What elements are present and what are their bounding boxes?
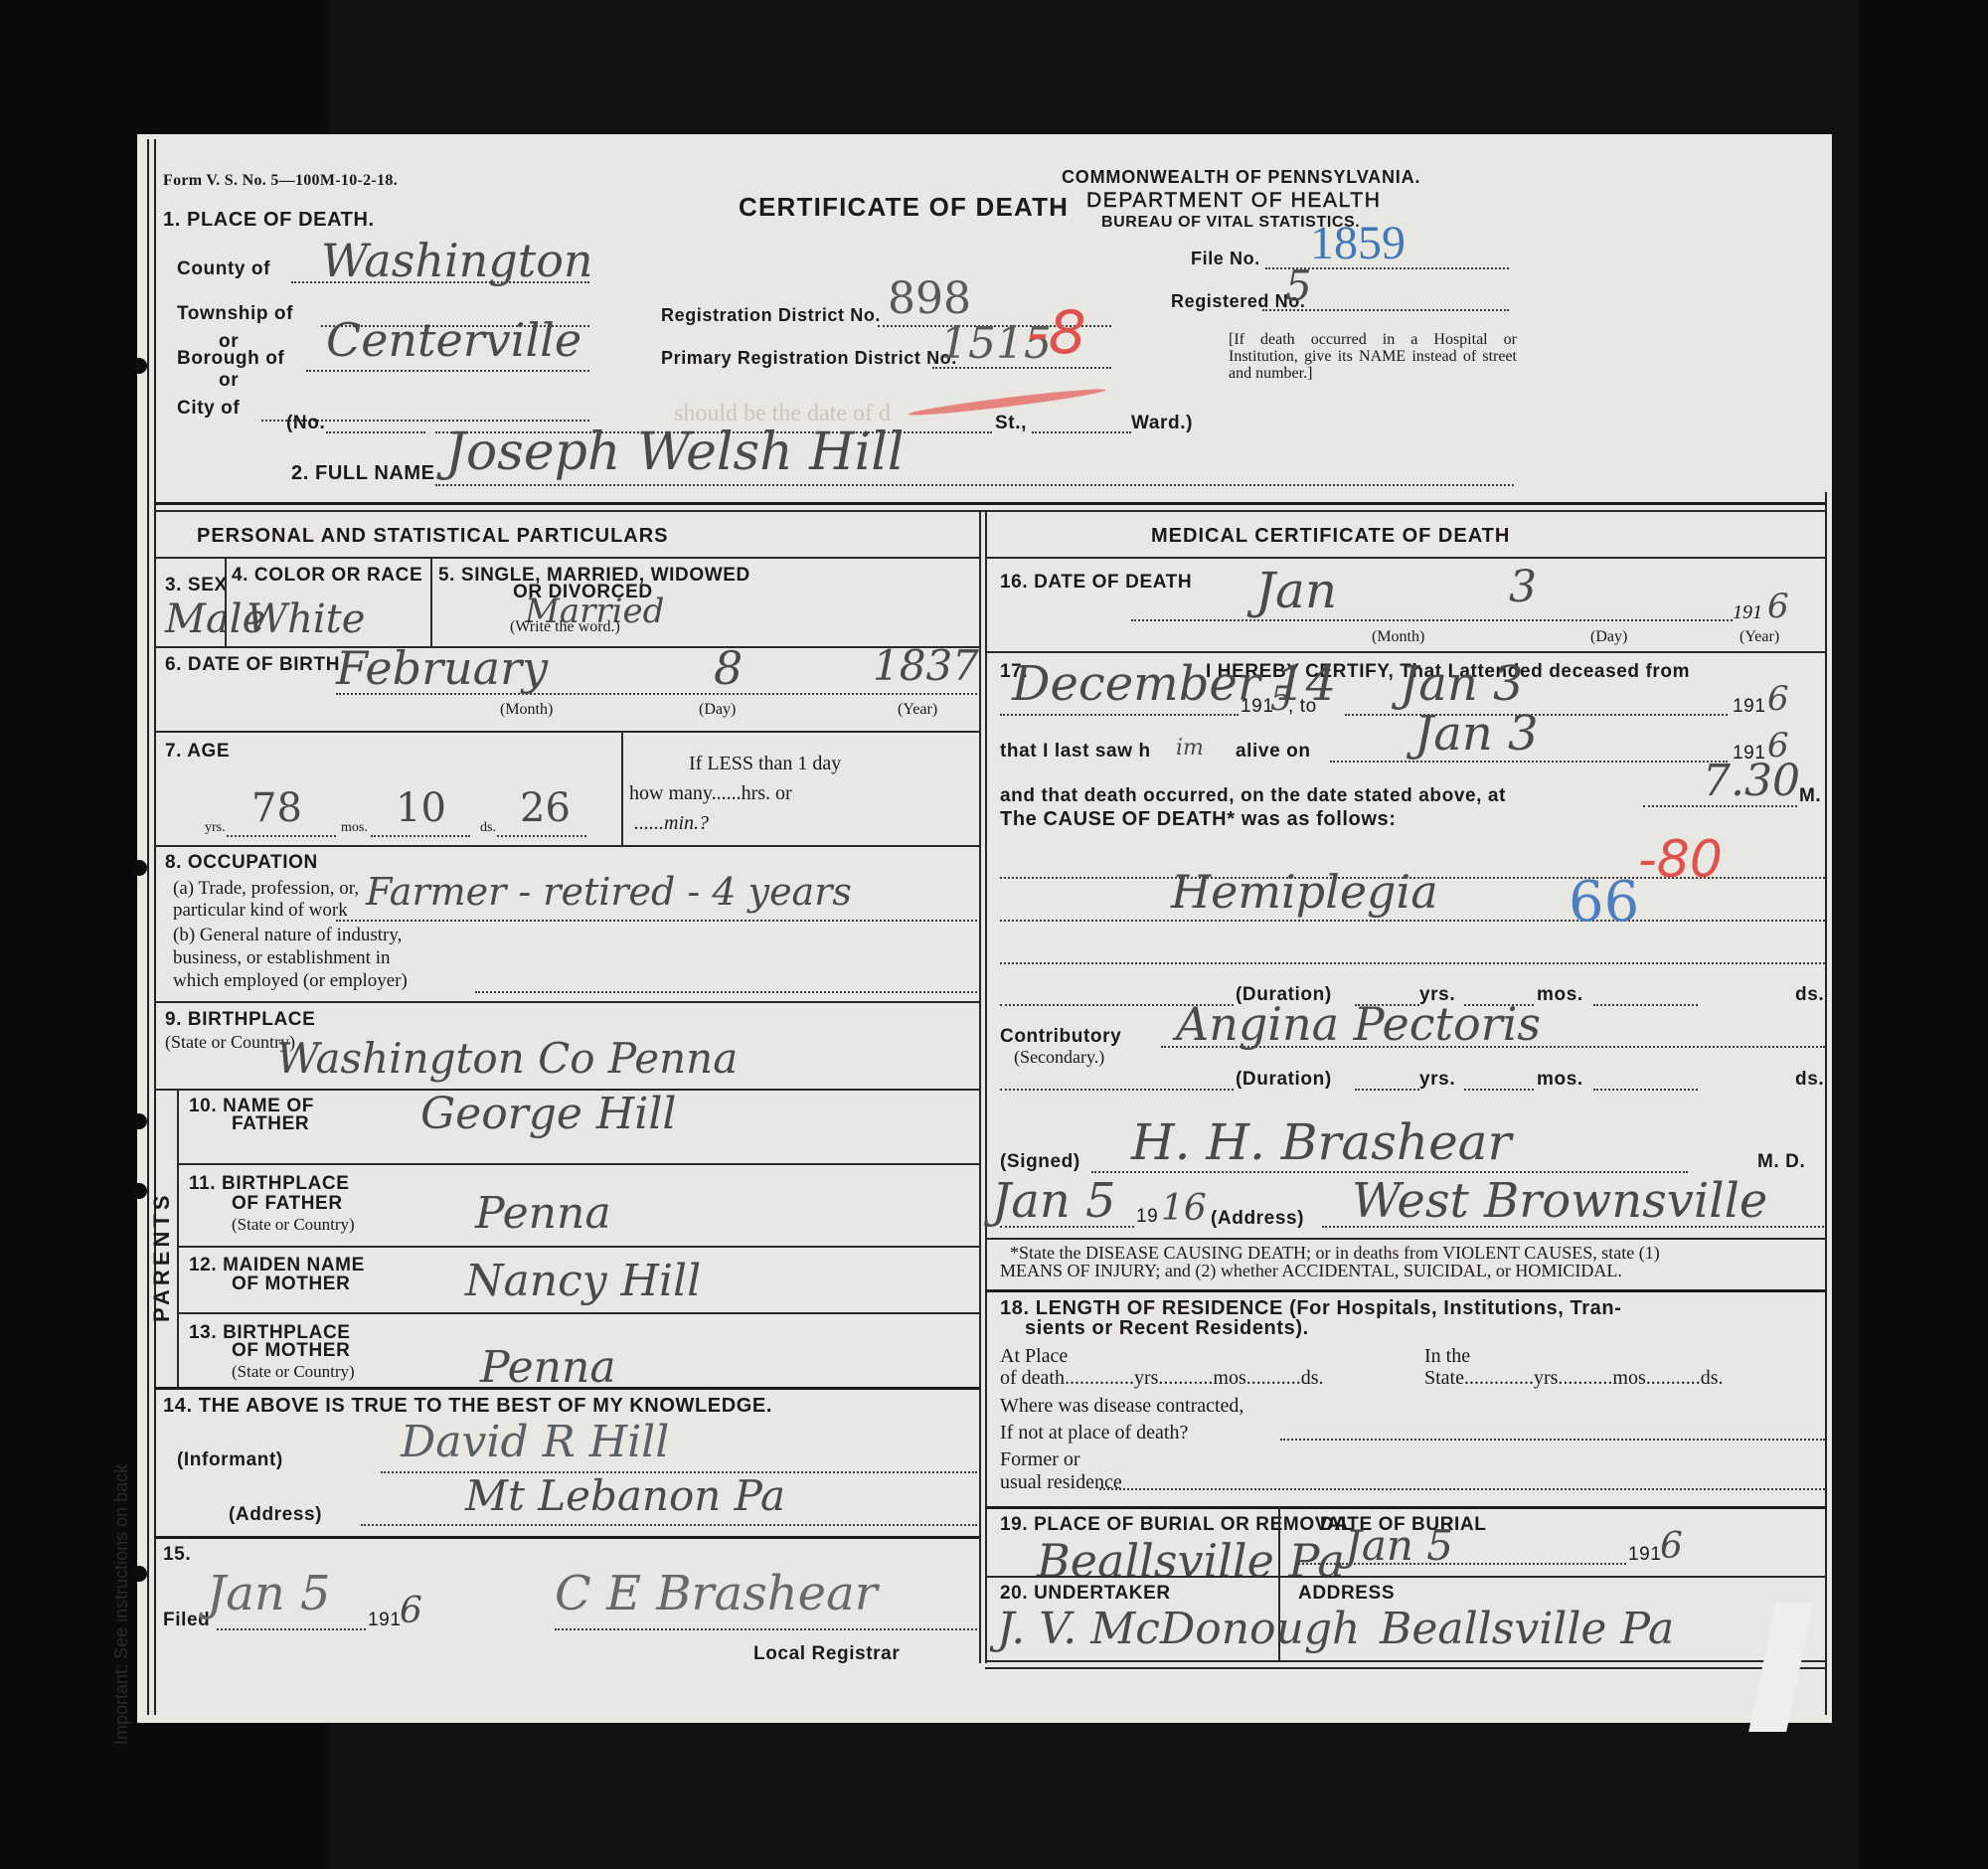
undertaker-label: 20. UNDERTAKER bbox=[1000, 1583, 1171, 1605]
to-year-prefix: 191 bbox=[1733, 696, 1766, 718]
attended-to-value: Jan 3 bbox=[1400, 656, 1524, 712]
age-ds-label: ds. bbox=[480, 820, 496, 836]
borough-field-line bbox=[306, 370, 589, 372]
burial-date-value: Jan 5 bbox=[1345, 1521, 1453, 1570]
burial-place-label: 19. PLACE OF BURIAL OR REMOVAL bbox=[1000, 1514, 1353, 1536]
full-name-line bbox=[435, 484, 1514, 486]
primary-registration-label: Primary Registration District No. bbox=[661, 348, 957, 369]
row-divider bbox=[985, 651, 1827, 653]
residence-state-fields: State..............yrs...........mos....… bbox=[1424, 1367, 1724, 1390]
former-residence-line bbox=[1099, 1488, 1825, 1490]
section-divider bbox=[154, 502, 1827, 505]
death-occurred-label: and that death occurred, on the date sta… bbox=[1000, 785, 1506, 807]
registrar-label: Local Registrar bbox=[753, 1643, 900, 1665]
township-label: Township of bbox=[177, 303, 293, 325]
undertaker-address-label: ADDRESS bbox=[1298, 1583, 1395, 1605]
father-name-value: George Hill bbox=[420, 1089, 677, 1139]
duration-ds-label: ds. bbox=[1795, 1069, 1824, 1091]
parents-side-label: PARENTS bbox=[149, 1192, 175, 1323]
mother-name-label-2: OF MOTHER bbox=[232, 1274, 350, 1295]
registered-number-value: 5 bbox=[1285, 261, 1312, 310]
cause-line-2 bbox=[1000, 920, 1825, 922]
parents-divider bbox=[177, 1089, 179, 1387]
row-divider bbox=[985, 557, 1827, 559]
from-year-prefix: 191 bbox=[1241, 696, 1274, 718]
less-than-day-line2: how many......hrs. or bbox=[629, 782, 792, 805]
or-label: or bbox=[219, 370, 239, 392]
contributory-value: Angina Pectoris bbox=[1176, 997, 1541, 1051]
filed-label: Filed bbox=[163, 1610, 210, 1631]
filed-date-value: Jan 5 bbox=[207, 1566, 331, 1621]
row-divider bbox=[985, 1660, 1827, 1662]
race-value: White bbox=[247, 596, 365, 642]
row-divider bbox=[985, 1238, 1827, 1240]
duration-mos-line bbox=[1464, 1089, 1534, 1091]
cause-code-red: -80 bbox=[1638, 830, 1723, 890]
duration-lead-line bbox=[1000, 1089, 1234, 1091]
day-hint: (Day) bbox=[1590, 628, 1627, 646]
age-label: 7. AGE bbox=[165, 741, 230, 763]
dob-year: 1837 bbox=[873, 641, 979, 690]
burial-year-suffix: 6 bbox=[1660, 1526, 1683, 1567]
physician-signature: H. H. Brashear bbox=[1131, 1113, 1511, 1171]
punch-hole bbox=[131, 860, 147, 876]
former-residence-label: Former or bbox=[1000, 1448, 1080, 1471]
mother-name-value: Nancy Hill bbox=[465, 1256, 701, 1306]
duration-mos-label: mos. bbox=[1537, 1069, 1583, 1091]
border-line bbox=[147, 139, 149, 1715]
cause-of-death-value: Hemiplegia bbox=[1171, 865, 1438, 919]
filing-section-label: 15. bbox=[163, 1544, 191, 1566]
registration-district-value: 898 bbox=[888, 273, 971, 324]
undertaker-value: J. V. McDonough bbox=[997, 1604, 1360, 1654]
street-number-line bbox=[326, 431, 425, 433]
birthplace-label: 9. BIRTHPLACE bbox=[165, 1009, 315, 1031]
to-label: , to bbox=[1288, 696, 1317, 718]
punch-hole bbox=[131, 1183, 147, 1199]
date-of-death-year-suffix: 6 bbox=[1767, 587, 1789, 626]
ward-label: Ward.) bbox=[1131, 413, 1193, 434]
row-divider bbox=[154, 845, 979, 847]
row-divider bbox=[154, 646, 979, 648]
to-year-suffix: 6 bbox=[1767, 679, 1789, 719]
punch-hole bbox=[131, 1113, 147, 1129]
informant-address-label: (Address) bbox=[229, 1504, 322, 1526]
signed-date-value: Jan 5 bbox=[992, 1173, 1116, 1229]
contributory-label: Contributory bbox=[1000, 1026, 1121, 1048]
side-instruction-note: Important: See instructions on back bbox=[111, 1464, 132, 1745]
less-than-day-line1: If LESS than 1 day bbox=[689, 753, 841, 775]
full-name-label: 2. FULL NAME bbox=[291, 462, 435, 485]
signed-year-suffix: 16 bbox=[1161, 1188, 1207, 1229]
filed-year-prefix: 191 bbox=[368, 1610, 402, 1631]
occupation-b-label: (b) General nature of industry, bbox=[173, 925, 402, 946]
occupation-b-label-2: business, or establishment in bbox=[173, 947, 390, 969]
cause-footnote-2: MEANS OF INJURY; and (2) whether ACCIDEN… bbox=[1000, 1261, 1622, 1281]
father-birthplace-hint: (State or Country) bbox=[232, 1215, 355, 1235]
father-birthplace-label: 11. BIRTHPLACE bbox=[189, 1173, 350, 1195]
burial-year-prefix: 191 bbox=[1628, 1544, 1662, 1566]
marital-hint: (Write the word.) bbox=[510, 618, 620, 636]
punch-hole bbox=[131, 1566, 147, 1582]
duration-label: (Duration) bbox=[1236, 1069, 1332, 1091]
father-birthplace-value: Penna bbox=[475, 1188, 611, 1239]
place-of-death-heading: 1. PLACE OF DEATH. bbox=[163, 209, 375, 232]
year-hint: (Year) bbox=[1739, 628, 1779, 646]
dob-month: February bbox=[336, 641, 548, 695]
birthplace-value: Washington Co Penna bbox=[276, 1034, 738, 1083]
residence-place-label: At Place bbox=[1000, 1345, 1068, 1368]
informant-address-line bbox=[361, 1524, 977, 1526]
punch-hole bbox=[131, 358, 147, 374]
disease-contracted-label: Where was disease contracted, bbox=[1000, 1395, 1243, 1418]
occupation-a-value: Farmer - retired - 4 years bbox=[366, 870, 852, 914]
date-of-death-line bbox=[1131, 619, 1733, 621]
residence-state-label: In the bbox=[1424, 1345, 1470, 1368]
md-label: M. D. bbox=[1757, 1151, 1805, 1173]
month-hint: (Month) bbox=[1372, 628, 1424, 646]
medical-heading: MEDICAL CERTIFICATE OF DEATH bbox=[1151, 525, 1510, 548]
informant-address-value: Mt Lebanon Pa bbox=[465, 1471, 785, 1520]
date-of-death-day: 3 bbox=[1509, 562, 1537, 612]
cell-divider bbox=[225, 557, 227, 646]
mother-birthplace-label-2: OF MOTHER bbox=[232, 1340, 350, 1362]
month-hint: (Month) bbox=[500, 701, 553, 719]
file-number-stamp: 1859 bbox=[1310, 216, 1406, 270]
race-label: 4. COLOR OR RACE bbox=[232, 565, 422, 587]
age-yrs-label: yrs. bbox=[205, 820, 226, 836]
disease-contracted-label-2: If not at place of death? bbox=[1000, 1422, 1188, 1444]
row-divider bbox=[177, 1246, 979, 1248]
day-hint: (Day) bbox=[699, 701, 736, 719]
age-ds-line bbox=[497, 835, 586, 837]
occupation-b-label-3: which employed (or employer) bbox=[173, 970, 408, 992]
last-saw-label: that I last saw h bbox=[1000, 741, 1151, 763]
less-than-day-line3: ......min.? bbox=[634, 812, 709, 835]
occupation-label: 8. OCCUPATION bbox=[165, 852, 318, 874]
issuer-commonwealth: COMMONWEALTH OF PENNSYLVANIA. bbox=[1062, 167, 1420, 188]
signed-label: (Signed) bbox=[1000, 1151, 1080, 1173]
registrar-line bbox=[555, 1628, 977, 1630]
occupation-a-label: (a) Trade, profession, or, bbox=[173, 878, 359, 900]
duration-ds-line bbox=[1593, 1004, 1698, 1006]
informant-label: (Informant) bbox=[177, 1449, 283, 1471]
age-yrs-value: 78 bbox=[251, 785, 302, 831]
county-label: County of bbox=[177, 258, 270, 280]
cause-line-3 bbox=[1000, 962, 1825, 964]
dob-day: 8 bbox=[714, 641, 743, 695]
age-ds-value: 26 bbox=[520, 785, 571, 831]
burial-place-value: Beallsville Pa bbox=[1037, 1534, 1345, 1588]
dob-label: 6. DATE OF BIRTH bbox=[165, 654, 340, 676]
filed-date-line bbox=[217, 1628, 366, 1630]
row-divider bbox=[985, 1576, 1827, 1578]
date-of-death-month: Jan bbox=[1255, 562, 1337, 619]
father-name-label-2: FATHER bbox=[232, 1113, 309, 1135]
registrar-signature: C E Brashear bbox=[555, 1566, 878, 1621]
red-pencil-annotation: -8 bbox=[1027, 298, 1086, 368]
residence-label-2: sients or Recent Residents). bbox=[1025, 1317, 1309, 1340]
cause-of-death-label: The CAUSE OF DEATH* was as follows: bbox=[1000, 808, 1396, 831]
attended-from-line bbox=[1000, 714, 1239, 716]
borough-value: Centerville bbox=[326, 313, 581, 367]
date-of-death-label: 16. DATE OF DEATH bbox=[1000, 572, 1192, 594]
section-divider bbox=[985, 1289, 1827, 1292]
year-hint: (Year) bbox=[898, 701, 937, 719]
certificate-title: CERTIFICATE OF DEATH bbox=[739, 192, 1069, 223]
disease-contracted-line bbox=[1280, 1439, 1825, 1441]
secondary-label: (Secondary.) bbox=[1014, 1047, 1104, 1068]
duration-yrs-line bbox=[1355, 1089, 1419, 1091]
father-birthplace-label-2: OF FATHER bbox=[232, 1193, 343, 1215]
row-divider bbox=[177, 1163, 979, 1165]
cell-divider bbox=[430, 557, 432, 646]
mother-birthplace-value: Penna bbox=[480, 1342, 616, 1393]
cell-divider bbox=[621, 731, 623, 845]
hospital-note: [If death occurred in a Hospital or Inst… bbox=[1229, 331, 1517, 382]
row-divider bbox=[154, 731, 979, 733]
border-line bbox=[154, 139, 156, 1715]
death-certificate: Important: See instructions on back shou… bbox=[137, 134, 1832, 1723]
last-saw-date-value: Jan 3 bbox=[1414, 706, 1539, 762]
physician-address-value: West Brownsville bbox=[1352, 1173, 1767, 1229]
ward-line bbox=[1032, 431, 1131, 433]
occupation-a-label-2: particular kind of work bbox=[173, 900, 348, 922]
row-divider bbox=[985, 1667, 1827, 1669]
duration-yrs-label: yrs. bbox=[1419, 1069, 1455, 1091]
signed-year-prefix: 19 bbox=[1136, 1206, 1158, 1228]
duration-ds-label: ds. bbox=[1795, 984, 1824, 1006]
alive-on-label: alive on bbox=[1236, 741, 1311, 763]
borough-label: Borough of bbox=[177, 348, 284, 370]
issuer-department: DEPARTMENT OF HEALTH bbox=[1086, 189, 1381, 213]
section-divider bbox=[154, 1387, 979, 1390]
street-label: St., bbox=[995, 413, 1027, 434]
form-number: Form V. S. No. 5—100M-10-2-18. bbox=[163, 172, 398, 190]
last-saw-pronoun: im bbox=[1176, 736, 1204, 761]
border-line bbox=[1825, 492, 1827, 1715]
duration-ds-line bbox=[1593, 1089, 1698, 1091]
row-divider bbox=[154, 557, 979, 559]
time-of-death-value: 7.30 bbox=[1703, 756, 1800, 806]
file-number-label: File No. bbox=[1191, 249, 1260, 269]
county-value: Washington bbox=[321, 234, 593, 287]
section-divider bbox=[154, 510, 1827, 512]
informant-value: David R Hill bbox=[401, 1417, 669, 1467]
sex-label: 3. SEX bbox=[165, 575, 228, 596]
date-of-death-year-prefix: 191 bbox=[1733, 601, 1762, 624]
duration-mos-label: mos. bbox=[1537, 984, 1583, 1006]
full-name-value: Joseph Welsh Hill bbox=[445, 423, 904, 482]
section-divider bbox=[985, 1506, 1827, 1509]
column-divider bbox=[985, 510, 987, 1663]
row-divider bbox=[154, 1001, 979, 1003]
registration-district-label: Registration District No. bbox=[661, 305, 881, 326]
occupation-b-line bbox=[475, 991, 977, 993]
age-mos-label: mos. bbox=[341, 820, 368, 836]
cause-code-blue: 66 bbox=[1569, 870, 1639, 934]
age-mos-value: 10 bbox=[396, 785, 446, 831]
residence-place-fields: of death..............yrs...........mos.… bbox=[1000, 1367, 1324, 1390]
former-residence-label-2: usual residence bbox=[1000, 1471, 1122, 1494]
informant-statement: 14. THE ABOVE IS TRUE TO THE BEST OF MY … bbox=[163, 1395, 772, 1418]
time-suffix: M. bbox=[1799, 785, 1821, 807]
occupation-a-line bbox=[336, 920, 977, 922]
age-yrs-line bbox=[227, 835, 336, 837]
street-number-label: (No. bbox=[286, 413, 325, 434]
row-divider bbox=[177, 1312, 979, 1314]
section-divider bbox=[154, 1536, 979, 1539]
personal-heading: PERSONAL AND STATISTICAL PARTICULARS bbox=[197, 525, 669, 548]
column-divider bbox=[979, 510, 981, 1663]
undertaker-address-value: Beallsville Pa bbox=[1380, 1604, 1674, 1654]
age-mos-line bbox=[371, 835, 470, 837]
city-label: City of bbox=[177, 398, 240, 420]
physician-address-label: (Address) bbox=[1211, 1208, 1304, 1230]
filed-year-suffix: 6 bbox=[400, 1591, 422, 1631]
mother-birthplace-hint: (State or Country) bbox=[232, 1362, 355, 1382]
